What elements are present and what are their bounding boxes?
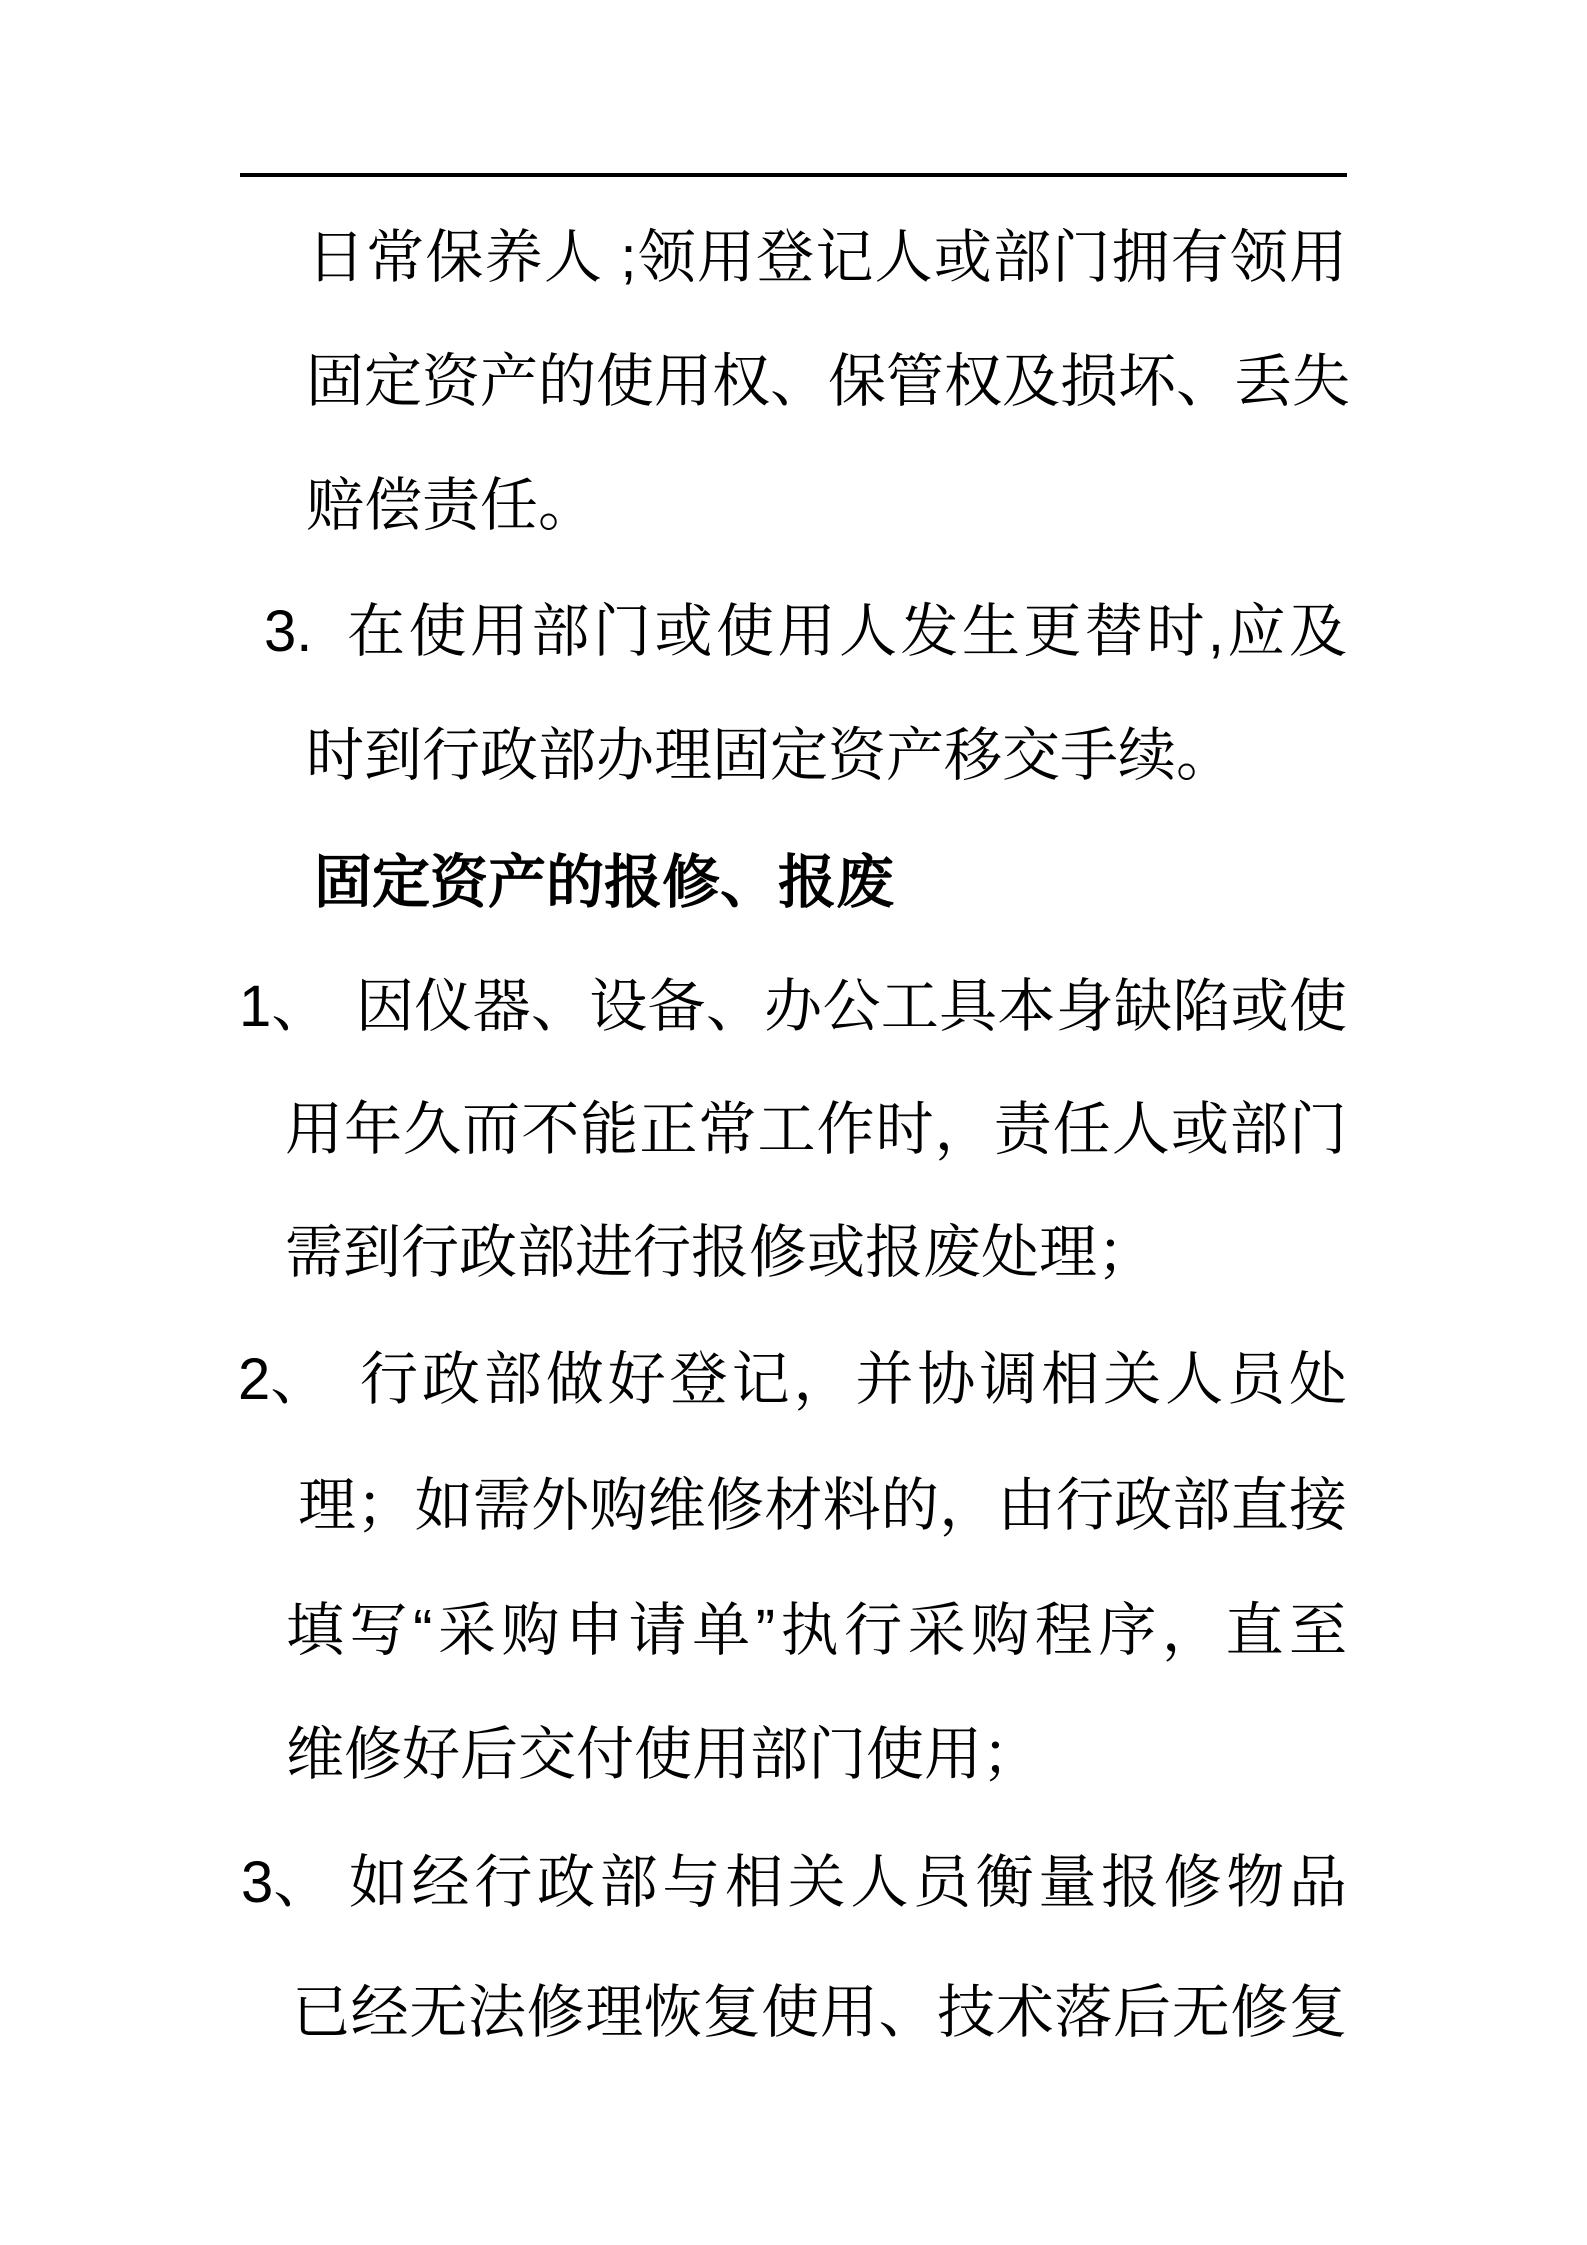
paragraph-line: 因仪器、设备、办公工具本身缺陷或使 (356, 978, 1347, 1036)
paragraph-line: 维修好后交付使用部门使用； (286, 1726, 1040, 1784)
list-number: 2、 (238, 1351, 328, 1409)
paragraph-line: 如经行政部与相关人员衡量报修物品 (349, 1854, 1347, 1912)
paragraph-line: 用年久而不能正常工作时，责任人或部门 (285, 1101, 1347, 1159)
paragraph-line: 需到行政部进行报修或报废处理； (285, 1224, 1155, 1282)
paragraph-line: 在使用部门或使用人发生更替时,应及 (347, 603, 1347, 661)
paragraph-line: 赔偿责任。 (306, 477, 596, 535)
header-rule (240, 173, 1347, 177)
paragraph-line: 填写“采购申请单”执行采购程序，直至 (286, 1602, 1347, 1660)
list-number: 3. (264, 603, 312, 661)
paragraph-line: 行政部做好登记，并协调相关人员处 (360, 1351, 1347, 1409)
paragraph-line: 日常保养人 ;领用登记人或部门拥有领用 (307, 229, 1347, 287)
paragraph-line: 已经无法修理恢复使用、技术落后无修复 (292, 1984, 1347, 2042)
list-number: 1、 (239, 978, 329, 1036)
list-number: 3、 (241, 1854, 331, 1912)
document-page: 日常保养人 ;领用登记人或部门拥有领用 固定资产的使用权、保管权及损坏、丢失 赔… (0, 0, 1587, 2245)
paragraph-line: 固定资产的使用权、保管权及损坏、丢失 (306, 353, 1347, 411)
paragraph-line: 理；如需外购维修材料的，由行政部直接 (298, 1477, 1347, 1535)
paragraph-line: 时到行政部办理固定资产移交手续。 (306, 727, 1234, 785)
section-heading: 固定资产的报修、报废 (314, 854, 894, 912)
